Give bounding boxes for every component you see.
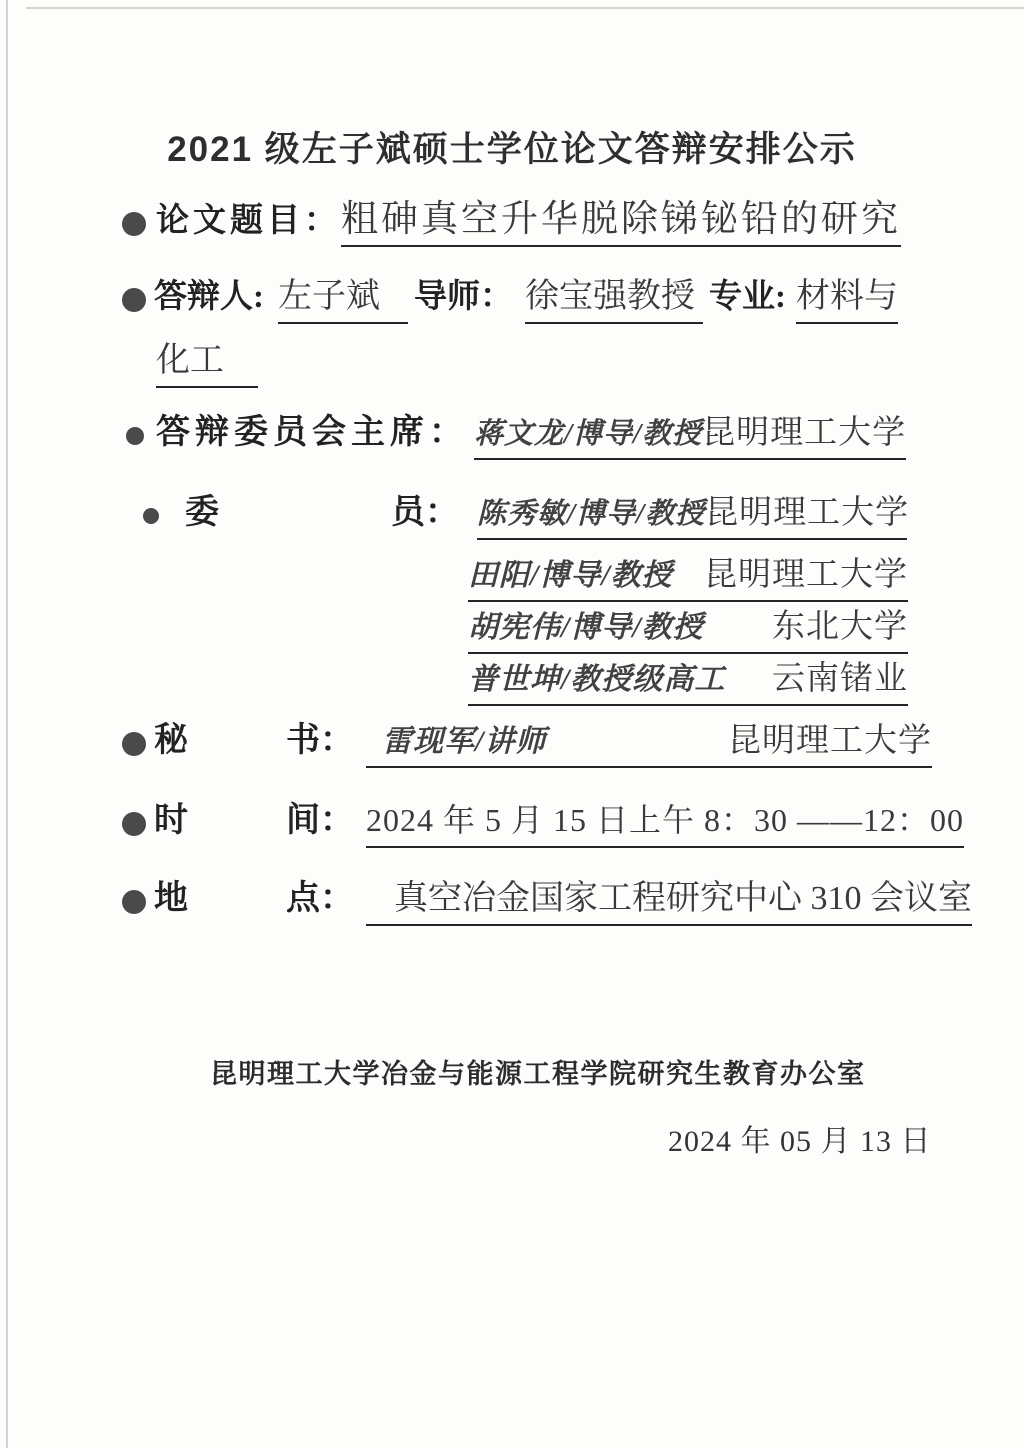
- bullet-icon: [143, 508, 159, 524]
- secretary-label-b: 书：: [286, 722, 354, 759]
- member-label-a: 委: [185, 494, 219, 531]
- major-value-line1: 材料与: [796, 268, 898, 324]
- time-value: 2024 年 5 月 15 日上午 8：30 ——12：00: [366, 795, 964, 848]
- committee-member-row-1: 委员：陈秀敏/博导/教授昆明理工大学: [143, 484, 907, 540]
- member-entry: 田阳/博导/教授昆明理工大学: [468, 548, 908, 602]
- member-org: 东北大学: [772, 600, 908, 647]
- secretary-name: 雷现军/讲师: [382, 716, 546, 760]
- defender-row: 答辩人:左子斌导师：徐宝强教授专业:材料与: [122, 268, 898, 324]
- bullet-icon: [122, 212, 146, 236]
- chair-org: 昆明理工大学: [702, 406, 906, 453]
- secretary-row: 秘书：雷现军/讲师昆明理工大学: [122, 712, 932, 768]
- major-label: 专业:: [709, 279, 786, 315]
- scanned-notice-page: 2021 级左子斌硕士学位论文答辩安排公示 论文题目：粗砷真空升华脱除锑铋铅的研…: [0, 0, 1024, 1448]
- secretary-entry: 雷现军/讲师昆明理工大学: [366, 714, 932, 768]
- advisor-name: 徐宝强教授: [525, 268, 703, 324]
- member-name: 陈秀敏/博导/教授: [477, 491, 705, 532]
- secretary-label-a: 秘: [154, 722, 188, 759]
- committee-member-row-2: 田阳/博导/教授昆明理工大学: [468, 548, 908, 602]
- time-label-b: 间：: [286, 802, 354, 839]
- location-label-b: 点：: [286, 880, 354, 917]
- scan-edge-left: [6, 0, 8, 1448]
- bullet-icon: [122, 732, 146, 756]
- thesis-title-label: 论文题目：: [156, 203, 341, 239]
- scan-edge-top: [26, 7, 1024, 9]
- bullet-icon: [126, 427, 144, 445]
- member-org: 昆明理工大学: [704, 548, 908, 595]
- member-label-b: 员：: [391, 494, 459, 531]
- major-value-line2: 化工: [156, 332, 258, 388]
- bullet-icon: [122, 812, 146, 836]
- page-title: 2021 级左子斌硕士学位论文答辩安排公示: [0, 122, 1024, 172]
- secretary-org: 昆明理工大学: [728, 714, 932, 761]
- footer-office: 昆明理工大学冶金与能源工程学院研究生教育办公室: [210, 1052, 866, 1091]
- footer-date: 2024 年 05 月 13 日: [668, 1116, 932, 1160]
- advisor-label: 导师：: [414, 279, 513, 315]
- thesis-title-row: 论文题目：粗砷真空升华脱除锑铋铅的研究: [122, 188, 901, 242]
- committee-chair-row: 答辩委员会主席：蒋文龙/博导/教授昆明理工大学: [126, 404, 906, 460]
- thesis-title-value: 粗砷真空升华脱除锑铋铅的研究: [341, 199, 901, 247]
- time-row: 时间：2024 年 5 月 15 日上午 8：30 ——12：00: [122, 792, 964, 848]
- time-label-a: 时: [154, 802, 188, 839]
- location-row: 地点：真空冶金国家工程研究中心 310 会议室: [122, 870, 972, 926]
- defender-name: 左子斌: [278, 268, 408, 324]
- defender-label: 答辩人:: [154, 279, 264, 315]
- member-entry: 普世坤/教授级高工云南锗业: [468, 652, 908, 706]
- chair-name: 蒋文龙/博导/教授: [474, 411, 702, 452]
- member-name: 胡宪伟/博导/教授: [468, 602, 704, 646]
- chair-entry: 蒋文龙/博导/教授昆明理工大学: [474, 406, 906, 460]
- bullet-icon: [122, 288, 146, 312]
- member-org: 云南锗业: [772, 652, 908, 699]
- chair-label: 答辩委员会主席：: [156, 414, 468, 451]
- committee-member-row-3: 胡宪伟/博导/教授东北大学: [468, 600, 908, 654]
- defender-row-continuation: 化工: [156, 332, 258, 388]
- member-name: 普世坤/教授级高工: [468, 654, 725, 698]
- location-value: 真空冶金国家工程研究中心 310 会议室: [366, 870, 972, 926]
- member-entry: 胡宪伟/博导/教授东北大学: [468, 600, 908, 654]
- committee-member-row-4: 普世坤/教授级高工云南锗业: [468, 652, 908, 706]
- location-label-a: 地: [154, 880, 188, 917]
- member-name: 田阳/博导/教授: [468, 550, 673, 594]
- bullet-icon: [122, 890, 146, 914]
- member-entry: 陈秀敏/博导/教授昆明理工大学: [477, 486, 907, 540]
- member-org: 昆明理工大学: [705, 486, 909, 533]
